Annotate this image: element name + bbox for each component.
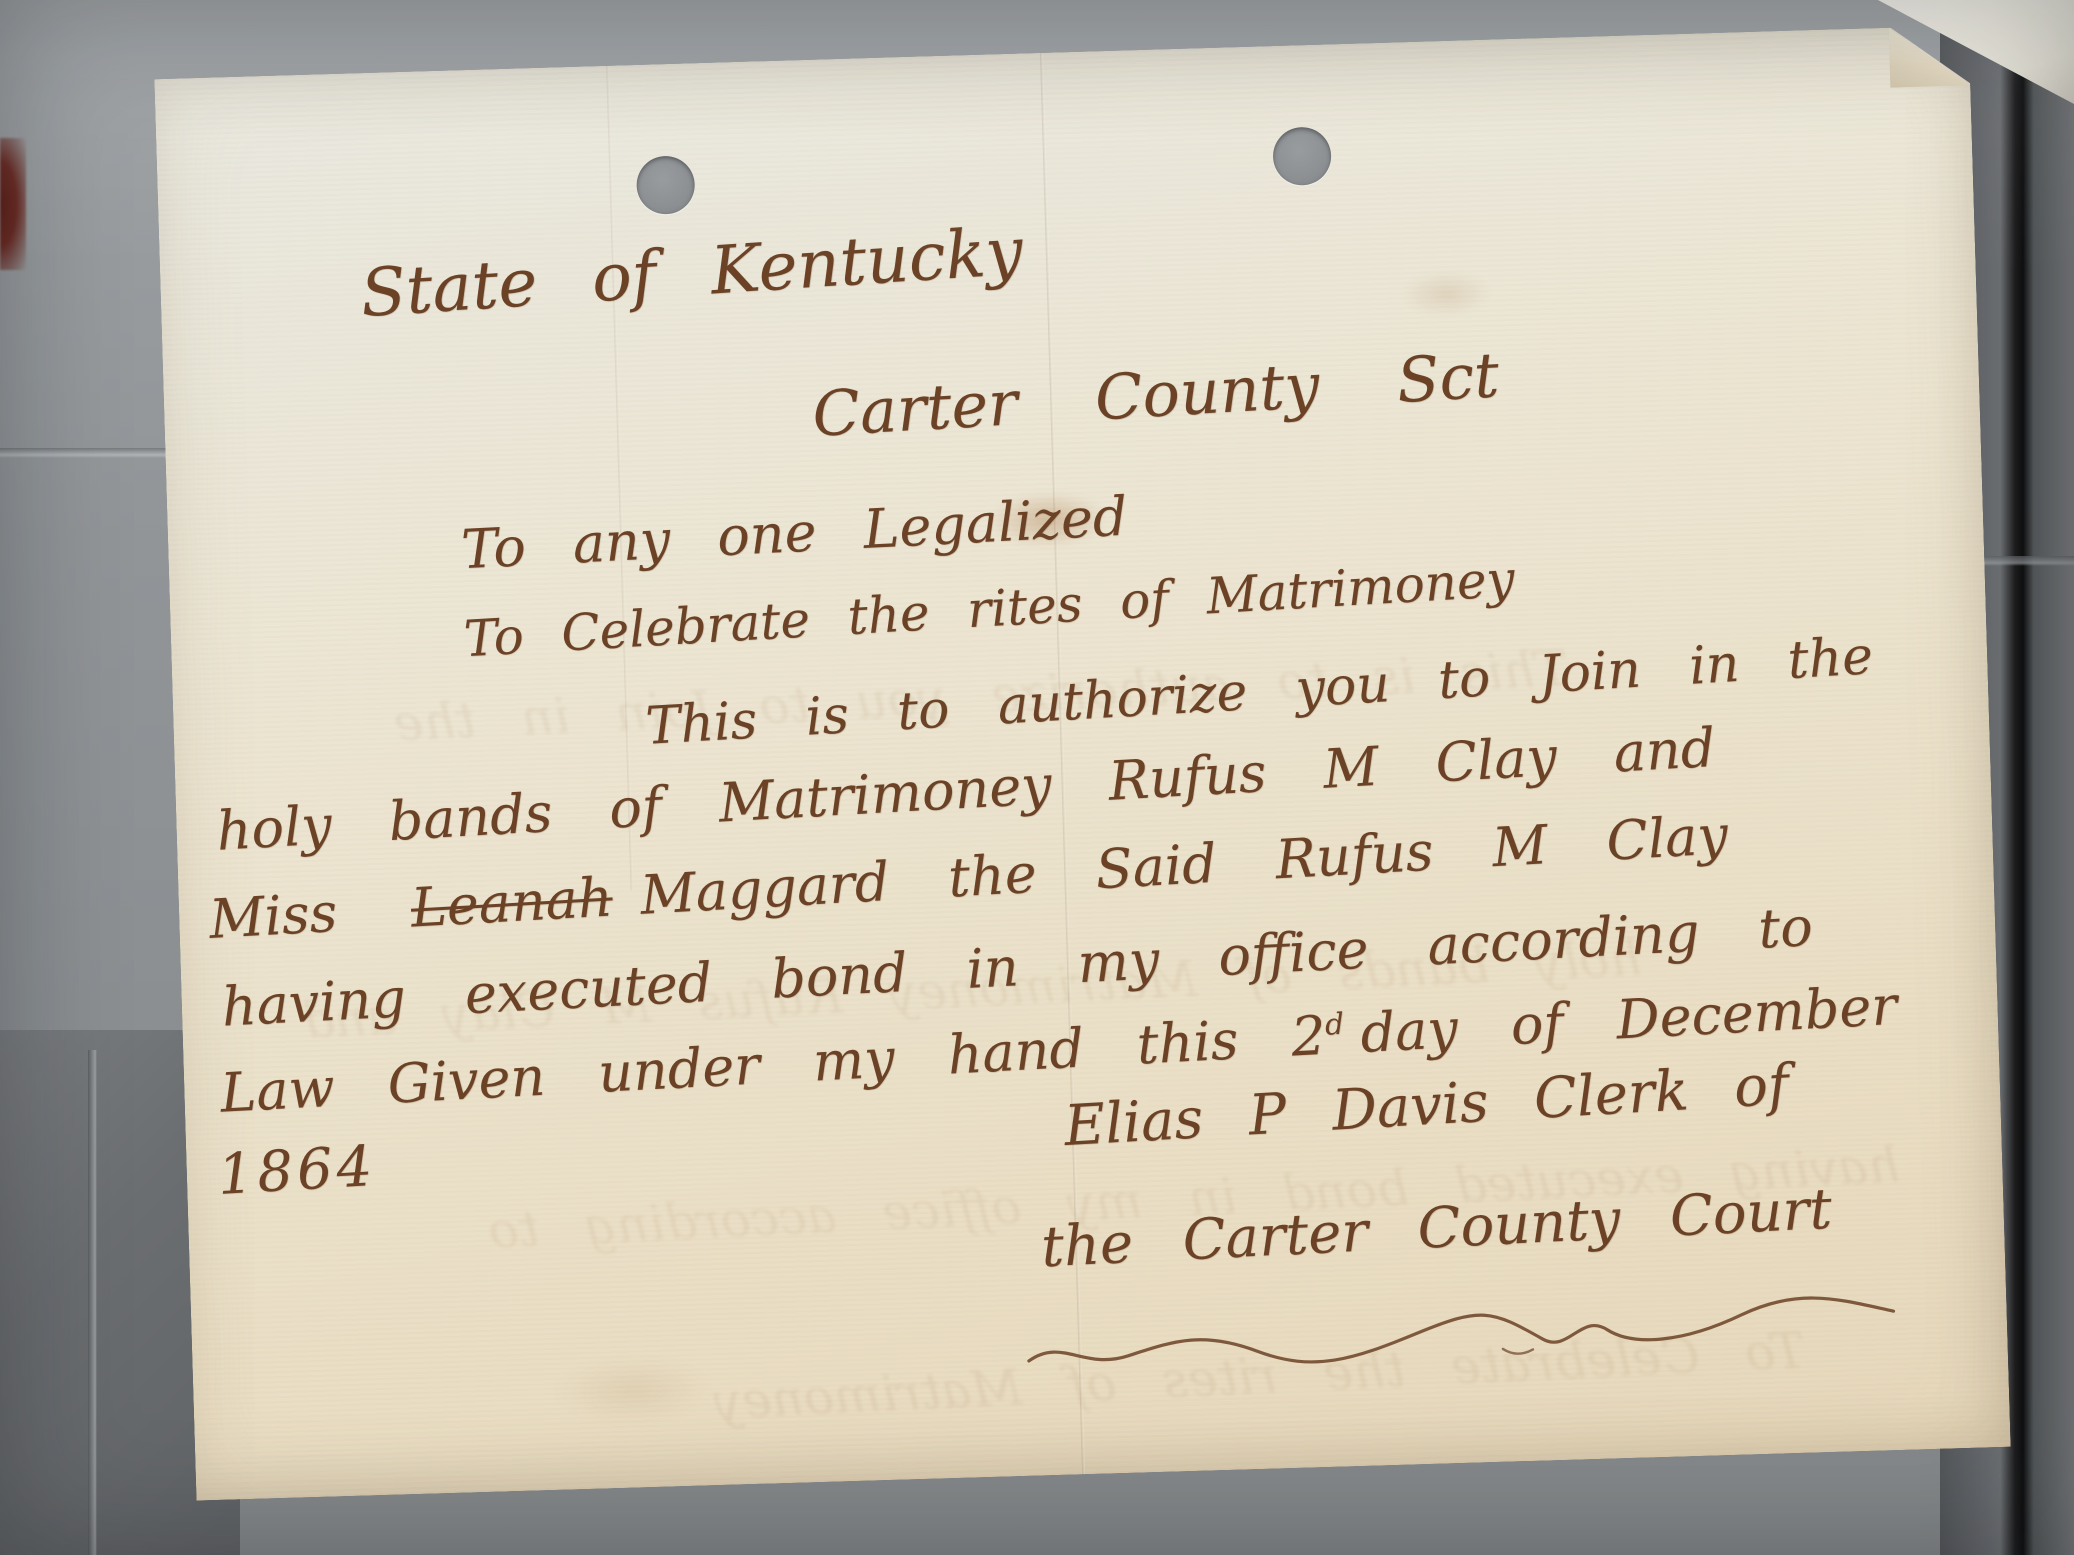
- document-paper: This is to authorize you to Join in the …: [154, 25, 2010, 1500]
- ink-stain: [552, 1353, 714, 1428]
- date-line-rest: day of December: [1359, 974, 1899, 1065]
- punch-hole-left: [636, 155, 696, 215]
- handwritten-line-addressee: To any one Legalized: [460, 485, 1129, 582]
- punch-hole-right: [1272, 126, 1332, 186]
- ink-stain: [1401, 270, 1492, 319]
- handwritten-line-state: State of Kentucky: [358, 212, 1025, 332]
- fold-crease-upper: [606, 66, 633, 890]
- photo-scene: This is to authorize you to Join in the …: [0, 0, 2074, 1555]
- table-seam-bottom-left: [88, 1050, 97, 1555]
- date-ordinal-superscript: d: [1324, 1007, 1345, 1043]
- red-mark: [0, 138, 26, 270]
- handwritten-line-county: Carter County Sct: [810, 338, 1500, 450]
- signature-flourish: [1021, 1277, 1903, 1391]
- handwritten-line-court: the Carter County Court: [1040, 1177, 1834, 1281]
- struck-out-name: Leanah: [409, 865, 614, 939]
- bride-line-prefix: Miss: [207, 881, 338, 951]
- year-text: 1864: [216, 1134, 378, 1208]
